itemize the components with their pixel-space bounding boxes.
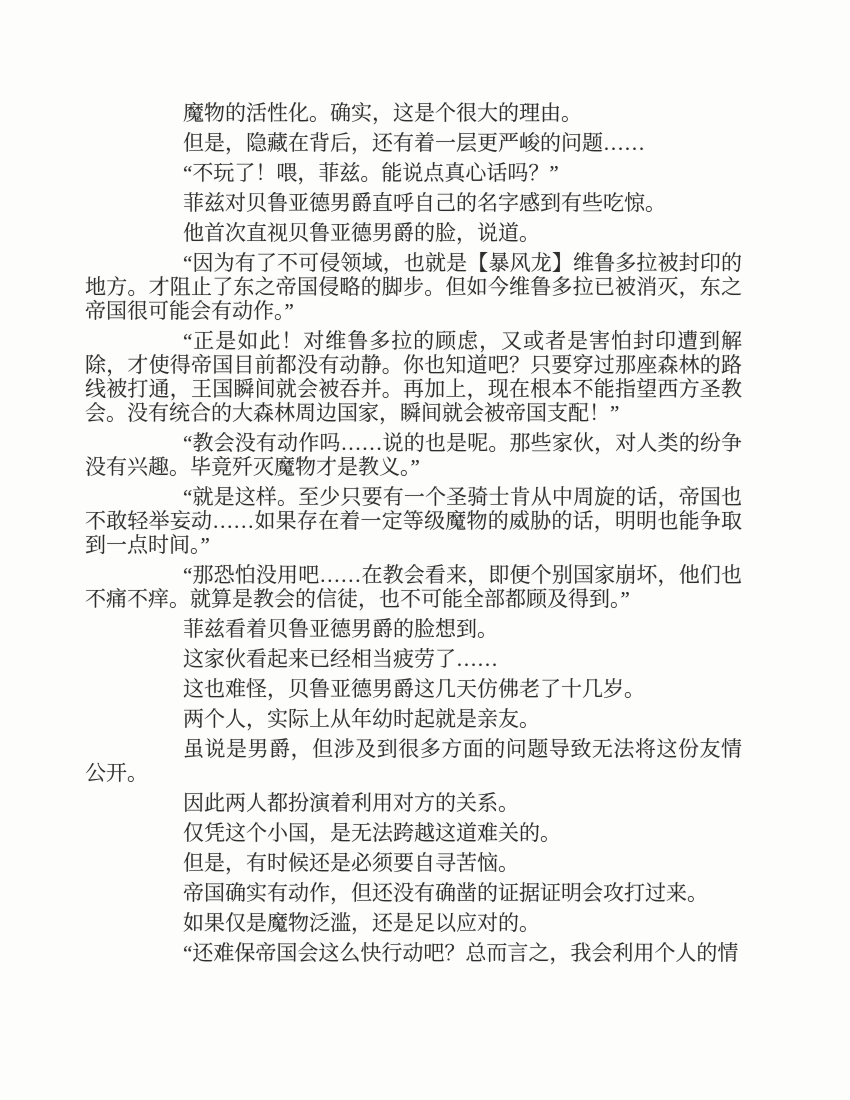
paragraph: “那恐怕没用吧……在教会看来，即便个别国家崩坏，他们也不痛不痒。就算是教会的信徒… xyxy=(85,563,742,611)
paragraph: 因此两人都扮演着利用对方的关系。 xyxy=(85,791,742,815)
paragraph: “还难保帝国会这么快行动吧？总而言之，我会利用个人的情 xyxy=(85,941,742,965)
paragraph: 如果仅是魔物泛滥，还是足以应对的。 xyxy=(85,911,742,935)
paragraph: 菲兹对贝鲁亚德男爵直呼自己的名字感到有些吃惊。 xyxy=(85,191,742,215)
paragraph: 但是，隐藏在背后，还有着一层更严峻的问题…… xyxy=(85,131,742,155)
novel-page: 魔物的活性化。确实，这是个很大的理由。但是，隐藏在背后，还有着一层更严峻的问题…… xyxy=(0,0,850,1100)
paragraph: 虽说是男爵，但涉及到很多方面的问题导致无法将这份友情公开。 xyxy=(85,737,742,785)
paragraph: “就是这样。至少只要有一个圣骑士肯从中周旋的话，帝国也不敢轻举妄动……如果存在着… xyxy=(85,485,742,557)
paragraph: 这也难怪，贝鲁亚德男爵这几天仿佛老了十几岁。 xyxy=(85,677,742,701)
paragraph: 菲兹看着贝鲁亚德男爵的脸想到。 xyxy=(85,617,742,641)
paragraph: “不玩了！喂，菲兹。能说点真心话吗？” xyxy=(85,161,742,185)
paragraph: 但是，有时候还是必须要自寻苦恼。 xyxy=(85,851,742,875)
paragraph: “教会没有动作吗……说的也是呢。那些家伙，对人类的纷争没有兴趣。毕竟歼灭魔物才是… xyxy=(85,431,742,479)
paragraph: 仅凭这个小国，是无法跨越这道难关的。 xyxy=(85,821,742,845)
novel-text-column: 魔物的活性化。确实，这是个很大的理由。但是，隐藏在背后，还有着一层更严峻的问题…… xyxy=(85,101,742,965)
paragraph: 两个人，实际上从年幼时起就是亲友。 xyxy=(85,707,742,731)
paragraph: 帝国确实有动作，但还没有确凿的证据证明会攻打过来。 xyxy=(85,881,742,905)
paragraph: 魔物的活性化。确实，这是个很大的理由。 xyxy=(85,101,742,125)
paragraph: “因为有了不可侵领域，也就是【暴风龙】维鲁多拉被封印的地方。才阻止了东之帝国侵略… xyxy=(85,251,742,323)
paragraph: “正是如此！对维鲁多拉的顾虑，又或者是害怕封印遭到解除，才使得帝国目前都没有动静… xyxy=(85,329,742,425)
paragraph: 这家伙看起来已经相当疲劳了…… xyxy=(85,647,742,671)
paragraph: 他首次直视贝鲁亚德男爵的脸，说道。 xyxy=(85,221,742,245)
